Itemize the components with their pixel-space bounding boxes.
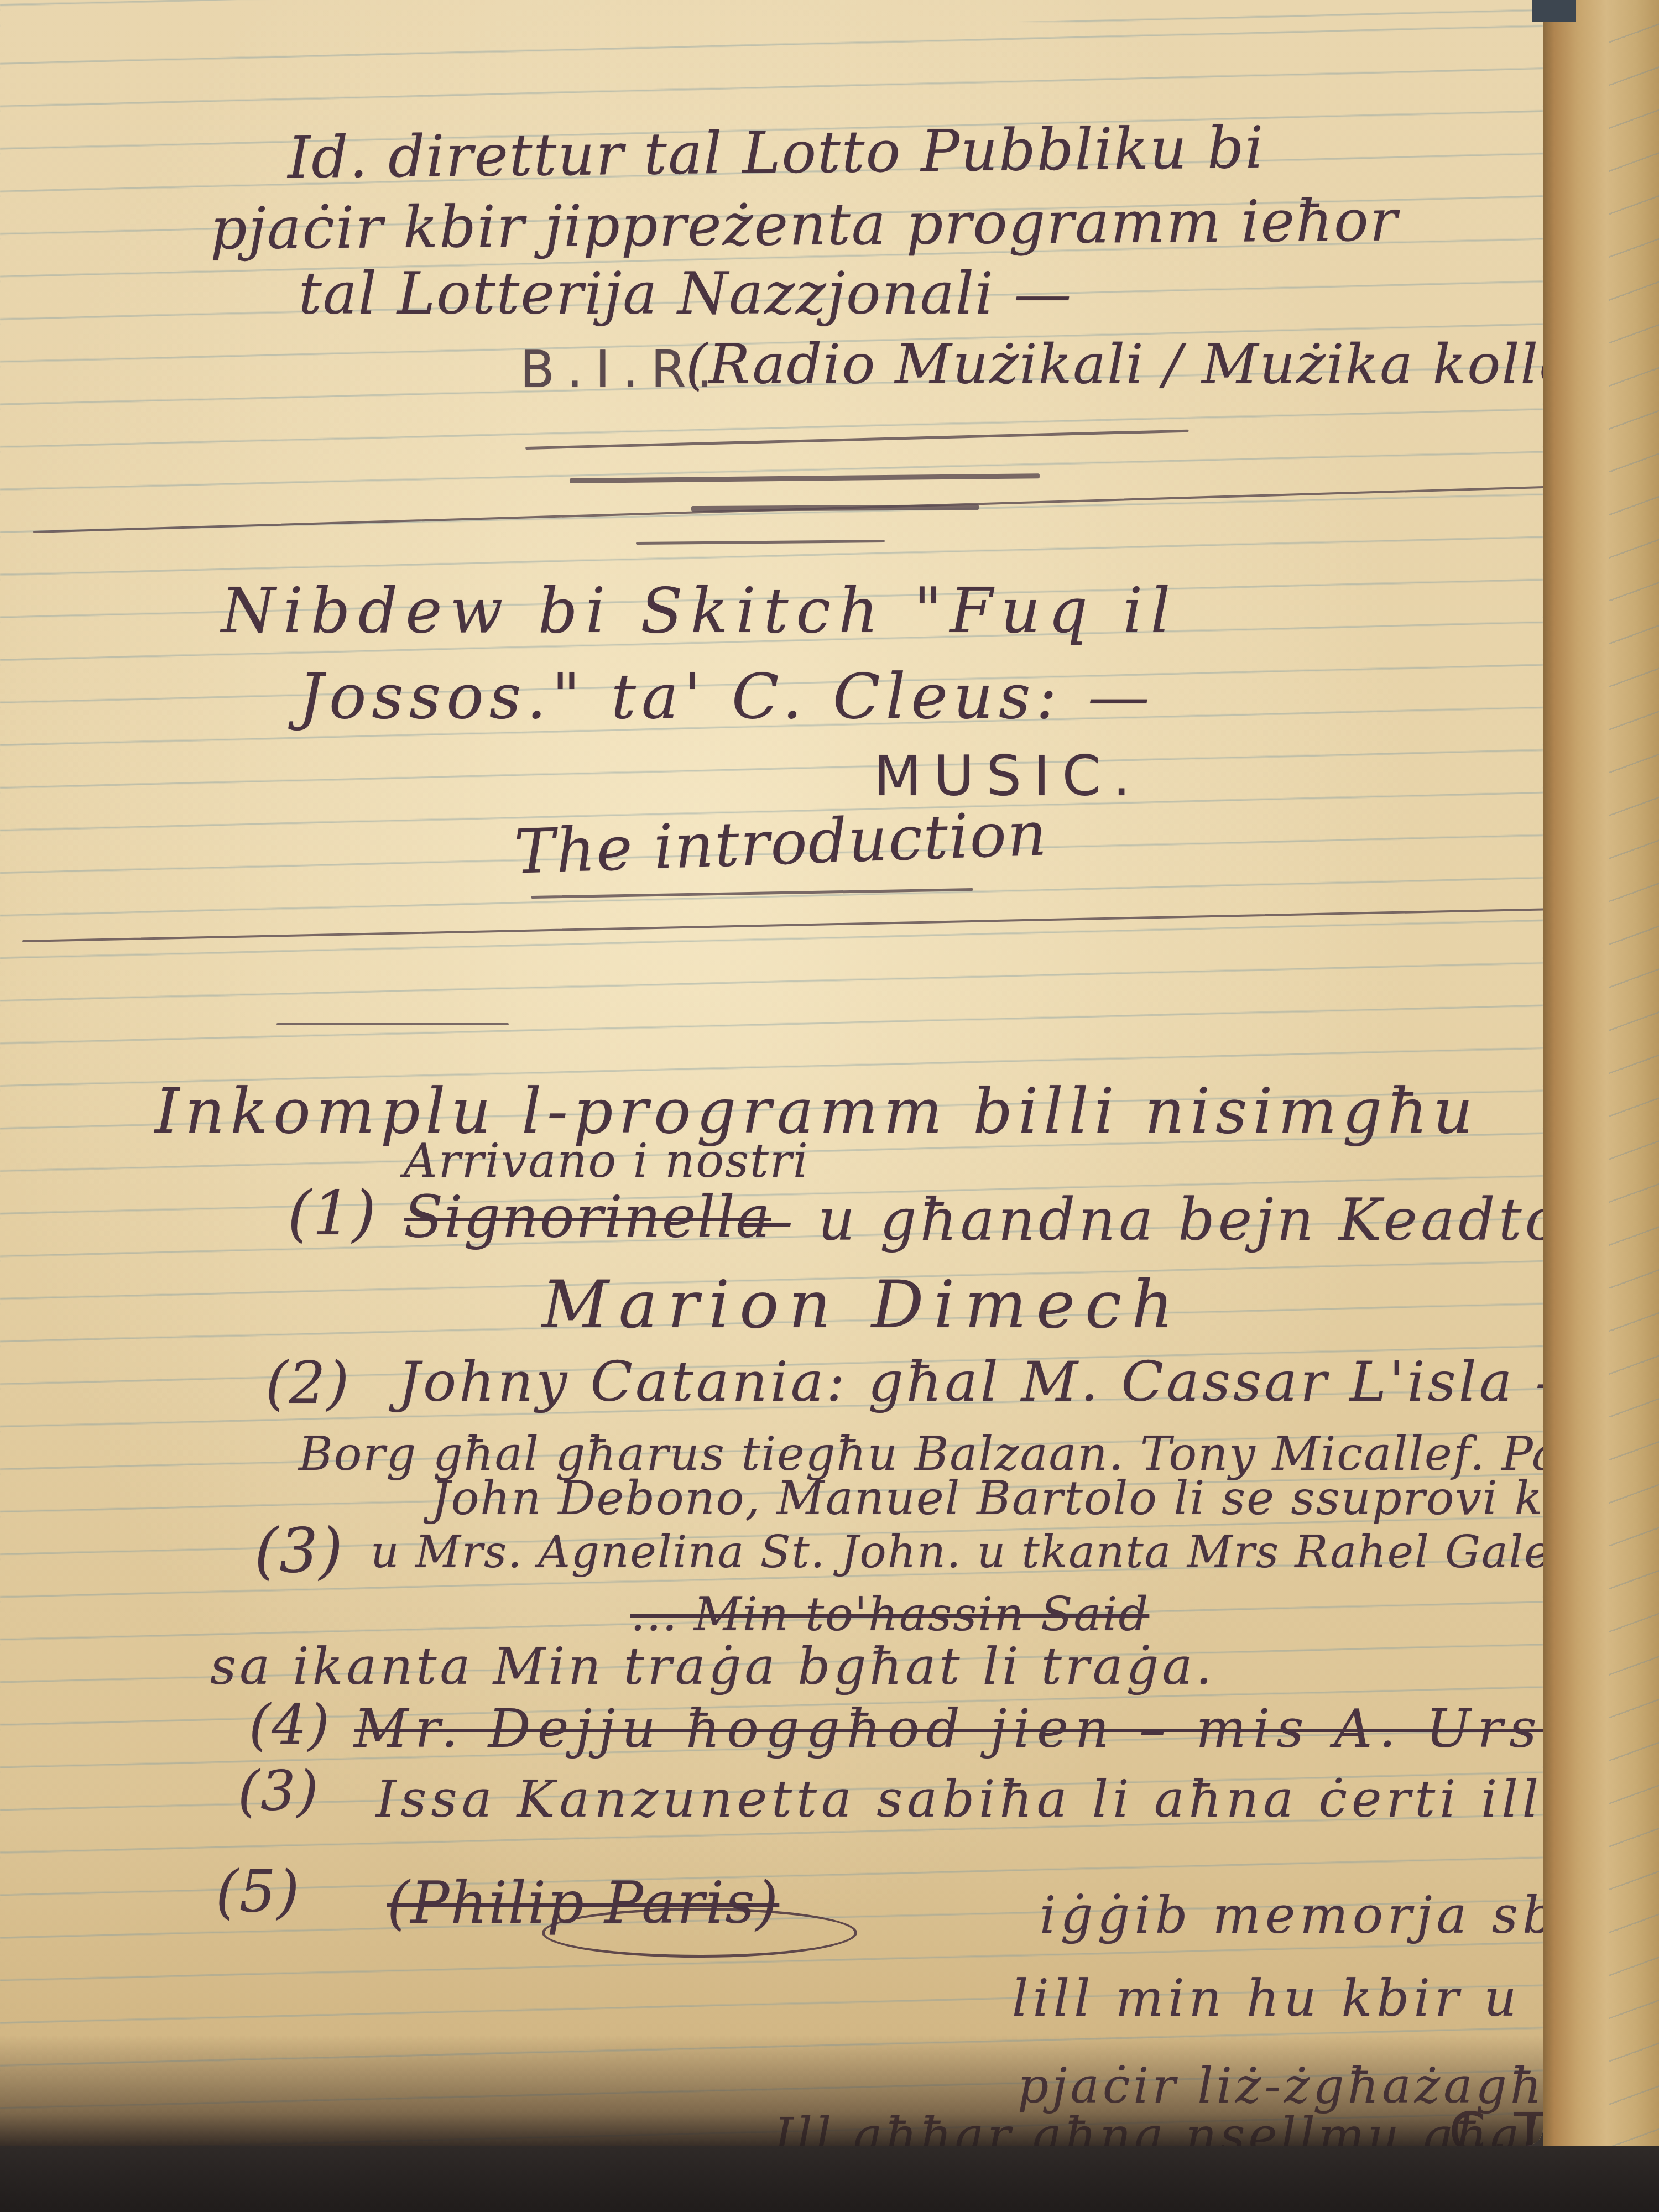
item-1-insertion: Arrivano i nostri bbox=[404, 1134, 809, 1188]
item-5-number: (3) bbox=[238, 1759, 320, 1823]
notebook-spine bbox=[1543, 0, 1659, 2212]
item-2-number: (2) bbox=[265, 1349, 350, 1417]
item-6-number: (5) bbox=[216, 1858, 300, 1926]
item-1-continuation: Marion Dimech bbox=[542, 1266, 1183, 1343]
item-3-number: (3) bbox=[254, 1515, 344, 1586]
programme-heading: Inkomplu l-programm billi nisimgħu bbox=[155, 1076, 1478, 1147]
item-1-text: — u għandna bejn Keadtohelin bbox=[735, 1186, 1543, 1254]
sketch-line-1: Nibdew bi Skitch "Fuq il bbox=[221, 575, 1178, 647]
item-1-struck: Signorinella bbox=[404, 1183, 771, 1251]
item-3-text: u Mrs. Agnelina St. John. u tkanta Mrs R… bbox=[371, 1526, 1543, 1578]
intro-line-2: pjaċir kbir jippreżenta programm ieħor bbox=[210, 187, 1399, 263]
underline-stroke bbox=[531, 888, 973, 899]
divider-stroke bbox=[33, 486, 1543, 533]
item-2-text: Johny Catania: għal M. Cassar L'isla – P… bbox=[398, 1349, 1543, 1414]
strike-loop bbox=[542, 1908, 857, 1958]
introduction-label: The introduction bbox=[513, 798, 1049, 888]
item-3-struck: ... Min to'hassin Said bbox=[630, 1587, 1149, 1641]
closing-line-1: pjaċir liż-żgħażagħ bbox=[1018, 2057, 1543, 2114]
notebook-bottom-edge bbox=[0, 2146, 1659, 2212]
underline-stroke bbox=[636, 540, 885, 545]
cover-corner bbox=[1532, 0, 1576, 22]
station-note: (Radio Mużikali / Mużika kollettiva) bbox=[686, 332, 1543, 397]
notebook-page: Id. direttur tal Lotto Pubbliku bi pjaċi… bbox=[0, 0, 1543, 2146]
divider-stroke bbox=[22, 908, 1543, 942]
sketch-line-2: Jossos." ta' C. Cleus: — bbox=[299, 661, 1155, 733]
item-6-text: iġġib memorja sbieħa bbox=[1040, 1886, 1543, 1945]
signature: C.T. bbox=[1449, 2101, 1543, 2146]
underline-stroke bbox=[570, 473, 1040, 483]
item-6-continuation: lill min hu kbir u bbox=[1012, 1969, 1521, 2028]
intro-line-1: Id. direttur tal Lotto Pubbliku bi bbox=[287, 114, 1265, 191]
closing-line-2: Ill aħħar aħna nsellmu għalikom bbox=[774, 2107, 1543, 2146]
item-3-insertion: John Debono, Manuel Bartolo li se ssupro… bbox=[431, 1471, 1543, 1525]
intro-line-3: tal Lotterija Nazzjonali — bbox=[299, 260, 1072, 327]
item-4-struck: Mr. Dejju ħoggħod jien – mis A. Urso. bbox=[354, 1698, 1543, 1760]
item-5-text: Issa Kanzunetta sabiħa li aħna ċerti ill… bbox=[376, 1770, 1543, 1829]
item-1-number: (1) bbox=[288, 1178, 377, 1249]
underline-stroke bbox=[276, 1023, 509, 1025]
item-3-continuation: sa ikanta Min traġa bgħat li traġa. bbox=[210, 1637, 1215, 1696]
music-cue: MUSIC. bbox=[874, 744, 1142, 808]
item-4-number: (4) bbox=[249, 1692, 331, 1757]
underline-stroke bbox=[525, 430, 1189, 450]
